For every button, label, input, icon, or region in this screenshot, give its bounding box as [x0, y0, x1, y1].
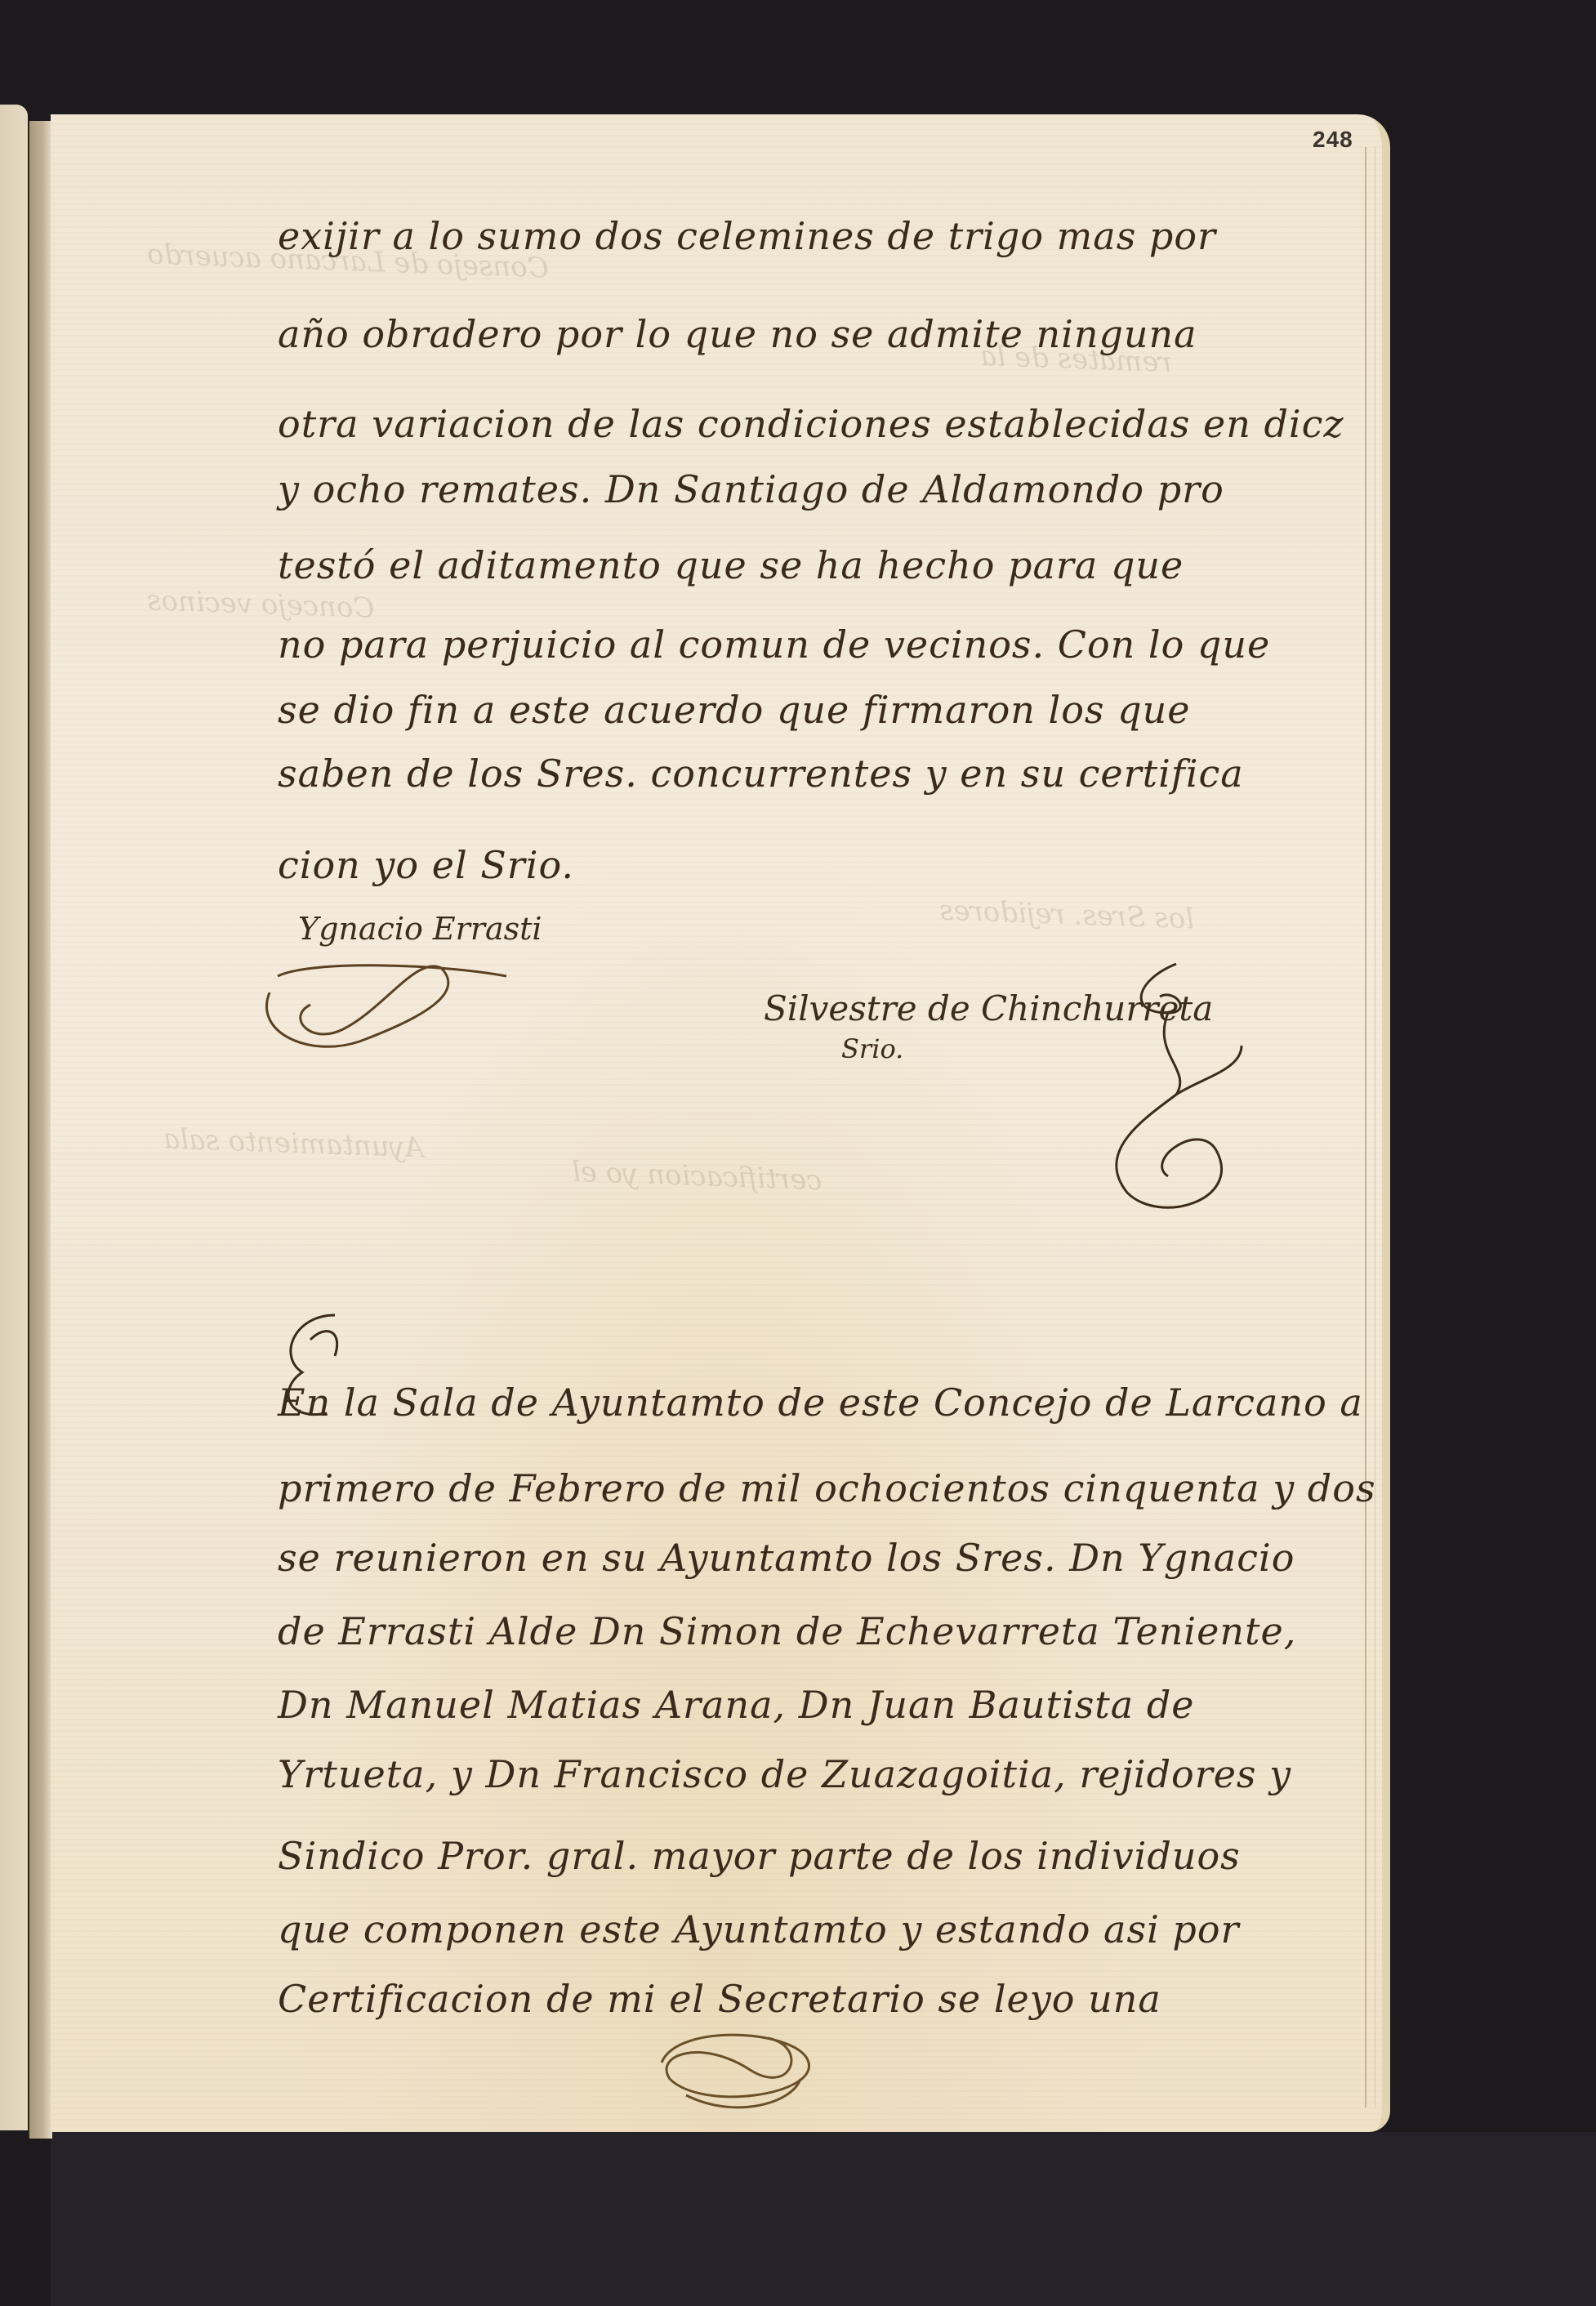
text-line: saben de los Sres. concurrentes y en su …: [278, 752, 1244, 796]
text-line: no para perjuicio al comun de vecinos. C…: [278, 622, 1270, 667]
book-gutter: [28, 121, 52, 2139]
text-line: Yrtueta, y Dn Francisco de Zuazagoitia, …: [278, 1752, 1291, 1796]
text-line: y ocho remates. Dn Santiago de Aldamondo…: [278, 467, 1224, 511]
text-line: se reunieron en su Ayuntamto los Sres. D…: [278, 1536, 1295, 1580]
text-line: primero de Febrero de mil ochocientos ci…: [278, 1466, 1376, 1510]
text-line: Certificacion de mi el Secretario se ley…: [278, 1977, 1161, 2021]
text-line: Sindico Pror. gral. mayor parte de los i…: [278, 1834, 1241, 1878]
folio-number: 248: [1313, 127, 1353, 153]
text-line: testó el aditamento que se ha hecho para…: [278, 543, 1184, 587]
scan-backdrop: [51, 2132, 1596, 2306]
signature-flourish-left: [261, 960, 506, 1066]
rubric-flourish-right: [1078, 956, 1258, 1225]
text-line: exijir a lo sumo dos celemines de trigo …: [278, 214, 1216, 258]
closing-flourish: [653, 2022, 817, 2120]
text-line: que componen este Ayuntamto y estando as…: [278, 1907, 1240, 1951]
text-line: otra variacion de las condiciones establ…: [278, 402, 1344, 446]
page-fore-edge: [1365, 147, 1375, 2108]
signature-title: Srio.: [841, 1033, 903, 1064]
text-line: año obradero por lo que no se admite nin…: [278, 312, 1197, 356]
text-line: de Errasti Alde Dn Simon de Echevarreta …: [278, 1609, 1296, 1653]
text-line: se dio fin a este acuerdo que firmaron l…: [278, 688, 1190, 732]
facing-page-edge: [0, 105, 28, 2130]
signature-left: Ygnacio Errasti: [298, 911, 542, 947]
text-line: En la Sala de Ayuntamto de este Concejo …: [278, 1380, 1363, 1425]
text-line: Dn Manuel Matias Arana, Dn Juan Bautista…: [278, 1683, 1195, 1727]
text-line: cion yo el Srio.: [278, 843, 574, 887]
